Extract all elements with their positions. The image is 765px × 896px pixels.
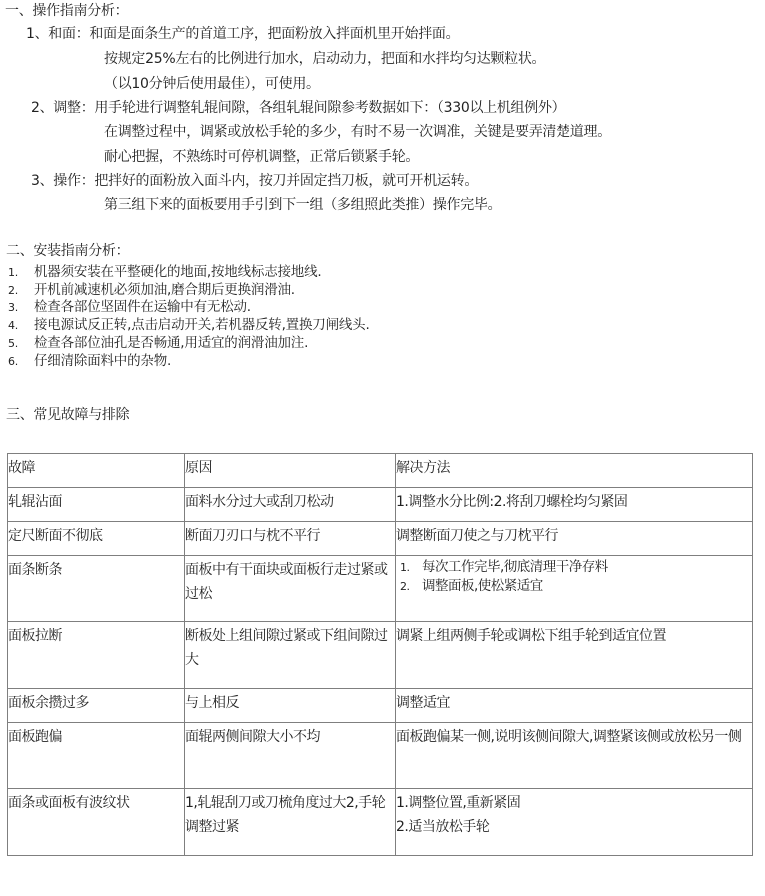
solution-list: 1.每次工作完毕,彻底清理干净存料 2.调整面板,使松紧适宜 bbox=[396, 558, 752, 596]
install-item: 6.仔细清除面料中的杂物. bbox=[8, 353, 370, 371]
table-row: 面板拉断 断板处上组间隙过紧或下组间隙过大 调紧上组两侧手轮或调松下组手轮到适宜… bbox=[8, 622, 753, 689]
step-2-text: 用手轮进行调整轧辊间隙，各组轧辊间隙参考数据如下：（330以上机组例外） bbox=[94, 100, 565, 116]
step-3-line: 3、操作：把拌好的面粉放入面斗内，按刀并固定挡刀板，就可开机运转。 bbox=[31, 171, 478, 191]
table-row: 面条或面板有波纹状 1,轧辊刮刀或刀梳角度过大2,手轮调整过紧 1.调整位置,重… bbox=[8, 789, 753, 856]
fault-table: 故障 原因 解决方法 轧辊沾面 面料水分过大或刮刀松动 1.调整水分比例:2.将… bbox=[7, 453, 753, 856]
cause-cell: 与上相反 bbox=[185, 689, 396, 723]
fault-cell: 面条或面板有波纹状 bbox=[8, 789, 185, 856]
fault-cell: 面板跑偏 bbox=[8, 723, 185, 789]
step-2-label: 2、调整： bbox=[31, 100, 94, 116]
solution-cell: 面板跑偏某一侧,说明该侧间隙大,调整紧该侧或放松另一侧 bbox=[396, 723, 753, 789]
fault-cell: 轧辊沾面 bbox=[8, 488, 185, 522]
cause-cell: 面板中有干面块或面板行走过紧或过松 bbox=[185, 556, 396, 622]
solution-list-item: 1.每次工作完毕,彻底清理干净存料 bbox=[396, 558, 752, 577]
solution-cell: 调整断面刀使之与刀枕平行 bbox=[396, 522, 753, 556]
header-cause: 原因 bbox=[185, 454, 396, 488]
install-list: 1.机器须安装在平整硬化的地面,按地线标志接地线. 2.开机前减速机必须加油,磨… bbox=[8, 264, 370, 370]
step-1-label: 1、和面： bbox=[26, 26, 89, 42]
section1-title: 一、操作指南分析： bbox=[5, 1, 128, 21]
install-item: 4.接电源试反正转,点击启动开关,若机器反转,置换刀闸线头. bbox=[8, 317, 370, 335]
table-row: 轧辊沾面 面料水分过大或刮刀松动 1.调整水分比例:2.将刮刀螺栓均匀紧固 bbox=[8, 488, 753, 522]
fault-cell: 面板拉断 bbox=[8, 622, 185, 689]
install-item: 2.开机前减速机必须加油,磨合期后更换润滑油. bbox=[8, 282, 370, 300]
header-solution: 解决方法 bbox=[396, 454, 753, 488]
cause-cell: 断面刀刃口与枕不平行 bbox=[185, 522, 396, 556]
fault-cell: 面条断条 bbox=[8, 556, 185, 622]
cause-cell: 面料水分过大或刮刀松动 bbox=[185, 488, 396, 522]
solution-list-item: 2.调整面板,使松紧适宜 bbox=[396, 577, 752, 596]
step-1-cont-2: （以10分钟后使用最佳），可使用。 bbox=[104, 74, 320, 94]
fault-cell: 面板余攒过多 bbox=[8, 689, 185, 723]
step-1-cont-1: 按规定25%左右的比例进行加水，启动动力，把面和水拌均匀达颗粒状。 bbox=[104, 49, 545, 69]
cause-cell: 面辊两侧间隙大小不均 bbox=[185, 723, 396, 789]
step-2-cont-2: 耐心把握，不熟练时可停机调整，正常后锁紧手轮。 bbox=[104, 147, 419, 167]
install-item: 1.机器须安装在平整硬化的地面,按地线标志接地线. bbox=[8, 264, 370, 282]
section2-title: 二、安装指南分析： bbox=[6, 241, 129, 261]
fault-cell: 定尺断面不彻底 bbox=[8, 522, 185, 556]
cause-cell: 断板处上组间隙过紧或下组间隙过大 bbox=[185, 622, 396, 689]
solution-cell: 调紧上组两侧手轮或调松下组手轮到适宜位置 bbox=[396, 622, 753, 689]
solution-cell: 1.调整水分比例:2.将刮刀螺栓均匀紧固 bbox=[396, 488, 753, 522]
table-header-row: 故障 原因 解决方法 bbox=[8, 454, 753, 488]
solution-line: 2.适当放松手轮 bbox=[396, 815, 752, 839]
step-3-text: 把拌好的面粉放入面斗内，按刀并固定挡刀板，就可开机运转。 bbox=[94, 173, 478, 189]
step-1-line: 1、和面：和面是面条生产的首道工序，把面粉放入拌面机里开始拌面。 bbox=[26, 24, 459, 44]
install-item: 3.检查各部位坚固件在运输中有无松动. bbox=[8, 299, 370, 317]
step-2-line: 2、调整：用手轮进行调整轧辊间隙，各组轧辊间隙参考数据如下：（330以上机组例外… bbox=[31, 98, 565, 118]
step-1-text: 和面是面条生产的首道工序，把面粉放入拌面机里开始拌面。 bbox=[89, 26, 459, 42]
install-item: 5.检查各部位油孔是否畅通,用适宜的润滑油加注. bbox=[8, 335, 370, 353]
solution-line: 1.调整位置,重新紧固 bbox=[396, 791, 752, 815]
cause-cell: 1,轧辊刮刀或刀梳角度过大2,手轮调整过紧 bbox=[185, 789, 396, 856]
step-3-cont-1: 第三组下来的面板要用手引到下一组（多组照此类推）操作完毕。 bbox=[104, 195, 501, 215]
table-row: 面板余攒过多 与上相反 调整适宜 bbox=[8, 689, 753, 723]
solution-cell: 调整适宜 bbox=[396, 689, 753, 723]
section3-title: 三、常见故障与排除 bbox=[6, 405, 129, 425]
table-row: 面板跑偏 面辊两侧间隙大小不均 面板跑偏某一侧,说明该侧间隙大,调整紧该侧或放松… bbox=[8, 723, 753, 789]
solution-cell: 1.调整位置,重新紧固 2.适当放松手轮 bbox=[396, 789, 753, 856]
solution-cell: 1.每次工作完毕,彻底清理干净存料 2.调整面板,使松紧适宜 bbox=[396, 556, 753, 622]
table-row: 定尺断面不彻底 断面刀刃口与枕不平行 调整断面刀使之与刀枕平行 bbox=[8, 522, 753, 556]
table-row: 面条断条 面板中有干面块或面板行走过紧或过松 1.每次工作完毕,彻底清理干净存料… bbox=[8, 556, 753, 622]
step-2-cont-1: 在调整过程中，调紧或放松手轮的多少，有时不易一次调准，关键是要弄清楚道理。 bbox=[104, 122, 611, 142]
step-3-label: 3、操作： bbox=[31, 173, 94, 189]
header-fault: 故障 bbox=[8, 454, 185, 488]
